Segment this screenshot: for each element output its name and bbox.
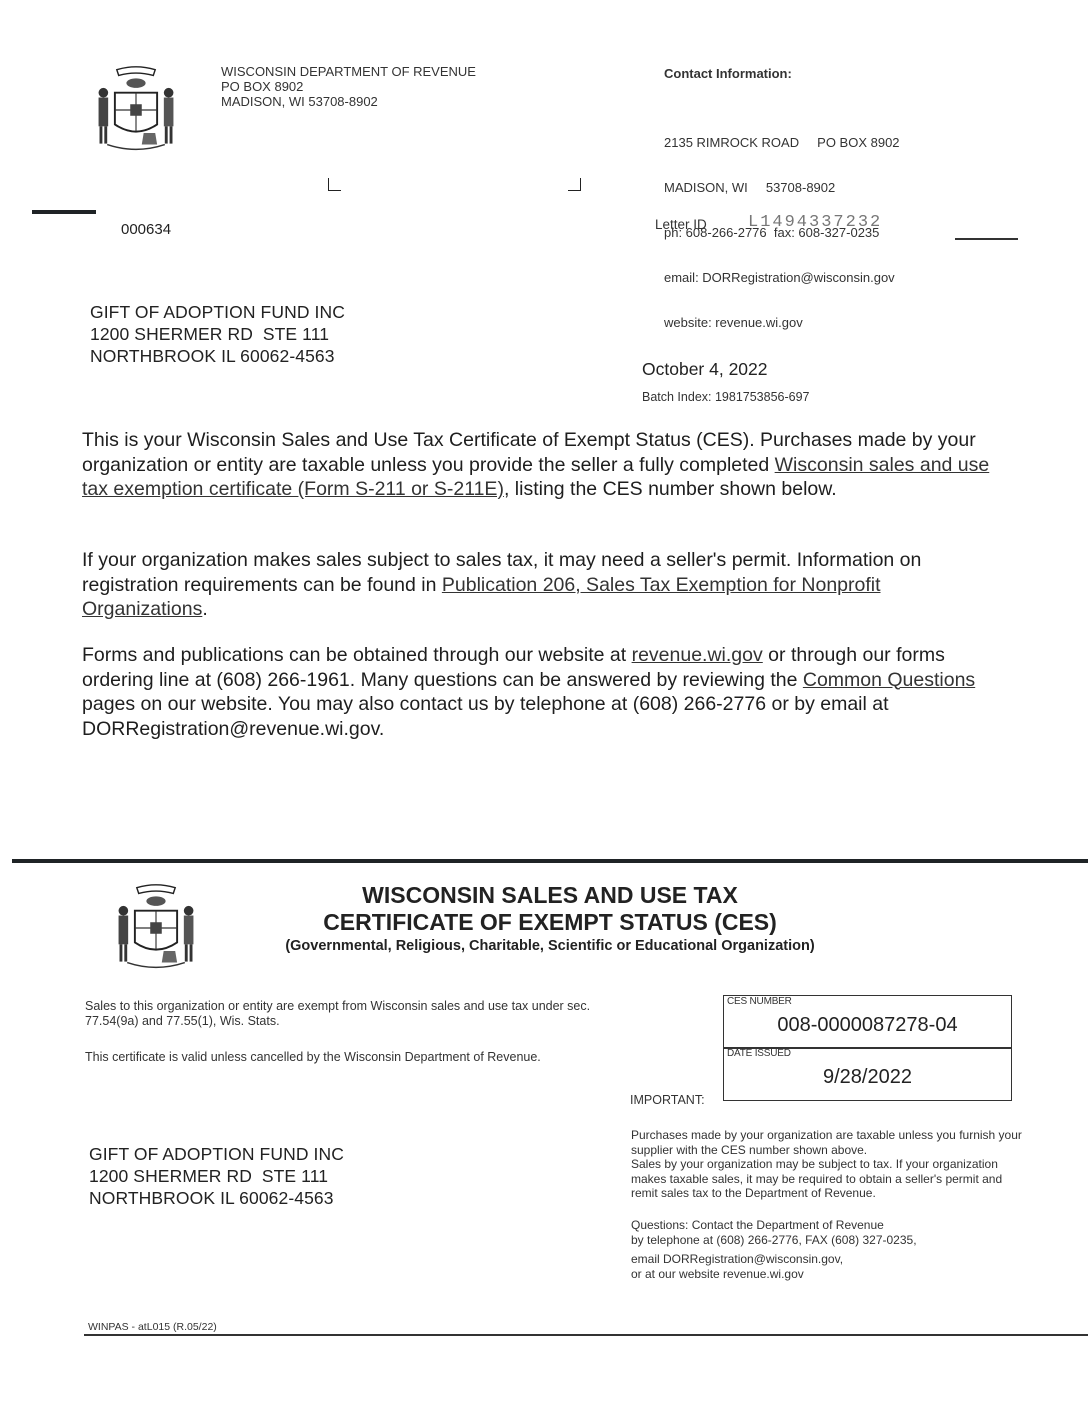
date-issued-label: DATE ISSUED [727,1048,791,1059]
envelope-corner-mark [328,178,341,191]
contact-line: MADISON, WI 53708-8902 [664,180,900,195]
contact-heading: Contact Information: [664,66,900,81]
agency-name: WISCONSIN DEPARTMENT OF REVENUE [221,64,476,79]
questions-line: by telephone at (608) 266-2776, FAX (608… [631,1233,1026,1248]
recipient-street: 1200 SHERMER RD STE 111 [89,1165,344,1187]
exempt-statement: Sales to this organization or entity are… [85,999,605,1028]
paragraph-text: , listing the CES number shown below. [504,478,837,500]
questions-website: or at our website revenue.wi.gov [631,1267,1026,1282]
state-seal-icon [88,62,184,158]
batch-index: Batch Index: 1981753856-697 [642,390,810,404]
important-label: IMPORTANT: [630,1093,705,1107]
certificate-header: WISCONSIN SALES AND USE TAX CERTIFICATE … [240,882,860,956]
certificate-subtitle: (Governmental, Religious, Charitable, Sc… [240,936,860,956]
letter-id-value: L1494337232 [748,213,882,232]
certificate-title-line2: CERTIFICATE OF EXEMPT STATUS (CES) [240,909,860,936]
letter-id-label: Letter ID [655,217,707,232]
validity-statement: This certificate is valid unless cancell… [85,1050,645,1065]
recipient-street: 1200 SHERMER RD STE 111 [90,323,345,345]
recipient-name: GIFT OF ADOPTION FUND INC [89,1143,344,1165]
barcode-mark [32,210,96,214]
contact-email: email: DORRegistration@wisconsin.gov [664,270,900,285]
certificate-title-line1: WISCONSIN SALES AND USE TAX [240,882,860,909]
common-questions-link[interactable]: Common Questions [803,669,975,691]
questions-line: Questions: Contact the Department of Rev… [631,1218,1026,1233]
letter-date: October 4, 2022 [642,359,768,380]
recipient-city: NORTHBROOK IL 60062-4563 [89,1187,344,1209]
contact-line: 2135 RIMROCK ROAD PO BOX 8902 [664,135,900,150]
sequence-number: 000634 [121,221,171,238]
recipient-address: GIFT OF ADOPTION FUND INC 1200 SHERMER R… [90,301,345,367]
agency-address: WISCONSIN DEPARTMENT OF REVENUE PO BOX 8… [221,64,476,109]
tear-off-divider [12,859,1088,863]
margin-mark [955,238,1018,240]
important-note-sales: Sales by your organization may be subjec… [631,1157,1026,1201]
date-issued-box: DATE ISSUED 9/28/2022 [723,1047,1012,1101]
important-notes: Purchases made by your organization are … [631,1128,1026,1201]
paragraph-sellers-permit: If your organization makes sales subject… [82,548,1002,622]
paragraph-text: Forms and publications can be obtained t… [82,644,632,666]
form-id: WINPAS - atL015 (R.05/22) [88,1321,217,1333]
contact-website: website: revenue.wi.gov [664,315,900,330]
questions-email: email DORRegistration@wisconsin.gov, [631,1252,1026,1267]
ces-number-value: 008-0000087278-04 [724,1014,1011,1037]
recipient-name: GIFT OF ADOPTION FUND INC [90,301,345,323]
footer-rule [84,1334,1088,1336]
important-note-purchases: Purchases made by your organization are … [631,1128,1026,1157]
certificate-recipient-address: GIFT OF ADOPTION FUND INC 1200 SHERMER R… [89,1143,344,1209]
ces-number-box: CES NUMBER 008-0000087278-04 [723,995,1012,1049]
paragraph-text: pages on our website. You may also conta… [82,693,889,740]
paragraph-ces-intro: This is your Wisconsin Sales and Use Tax… [82,428,1002,502]
agency-address-line2: MADISON, WI 53708-8902 [221,94,476,109]
revenue-website-link[interactable]: revenue.wi.gov [632,644,763,666]
envelope-corner-mark [568,178,581,191]
questions-contact: Questions: Contact the Department of Rev… [631,1218,1026,1281]
state-seal-icon [108,880,204,976]
recipient-city: NORTHBROOK IL 60062-4563 [90,345,345,367]
ces-number-label: CES NUMBER [727,996,792,1007]
paragraph-forms-contact: Forms and publications can be obtained t… [82,643,1002,741]
agency-address-line1: PO BOX 8902 [221,79,476,94]
paragraph-text: . [202,598,207,620]
date-issued-value: 9/28/2022 [724,1066,1011,1089]
